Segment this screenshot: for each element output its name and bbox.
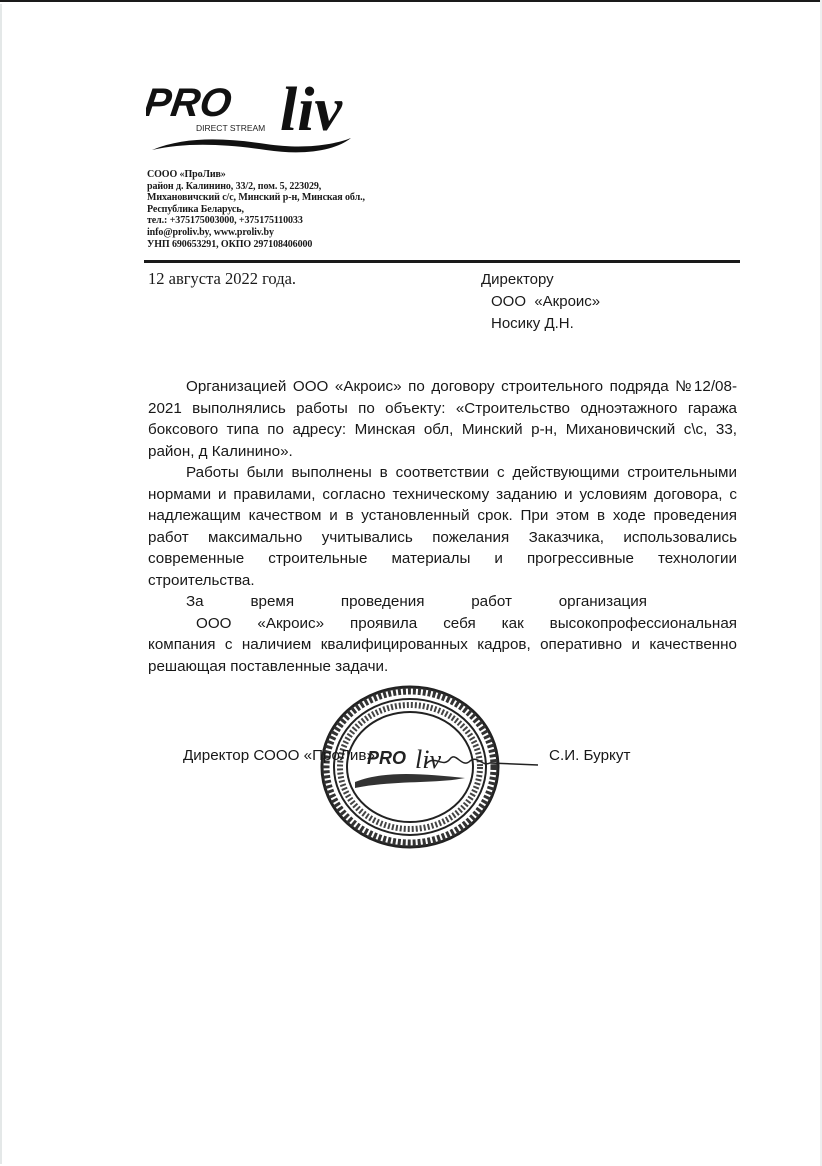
p3-word: проведения [341,591,425,613]
logo-pro-text: PRO [146,80,234,125]
logo-tagline: DIRECT STREAM [196,123,265,133]
requisite-company-name: СООО «ПроЛив» [147,169,365,181]
proliv-logo-icon: PRO liv DIRECT STREAM [146,78,376,158]
scan-top-border [0,0,822,2]
body-paragraph-2: Работы были выполнены в соответствии с д… [148,462,737,591]
letter-date: 12 августа 2022 года. [148,269,296,289]
body-paragraph-3-line-1: За время проведения работ организация [148,591,737,613]
addressee-name: Носику Д.Н. [481,313,600,335]
addressee-title: Директору [481,269,600,291]
p3-word: За [186,591,204,613]
addressee-block: Директору ООО «Акроис» Носику Д.Н. [481,269,600,335]
p3-word: время [250,591,294,613]
requisite-country: Республика Беларусь, [147,204,365,216]
company-requisites: СООО «ПроЛив» район д. Калинино, 33/2, п… [147,169,365,250]
handwritten-signature-icon [420,745,540,775]
signatory-position: Директор СООО «ПроЛив» [183,747,375,764]
scan-left-edge [0,4,2,1164]
letter-body: Организацией ООО «Акроис» по договору ст… [148,376,737,677]
requisite-phones: тел.: +375175003000, +375175110033 [147,215,365,227]
p3-word: работ [471,591,512,613]
body-paragraph-3-line-2: ООО «Акроис» проявила себя как высокопро… [148,613,737,635]
p3-word: организация [559,591,647,613]
requisite-ids: УНП 690653291, ОКПО 297108406000 [147,239,365,251]
requisite-address-1: район д. Калинино, 33/2, пом. 5, 223029, [147,181,365,193]
body-paragraph-3-rest: компания с наличием квалифицированных ка… [148,634,737,677]
letterhead-divider [144,260,740,263]
signatory-name: С.И. Буркут [549,747,630,764]
body-paragraph-1: Организацией ООО «Акроис» по договору ст… [148,376,737,462]
requisite-web: info@proliv.by, www.proliv.by [147,227,365,239]
addressee-company: ООО «Акроис» [481,291,600,313]
logo-liv-text: liv [280,78,343,144]
requisite-address-2: Михановичский с/с, Минский р-н, Минская … [147,192,365,204]
